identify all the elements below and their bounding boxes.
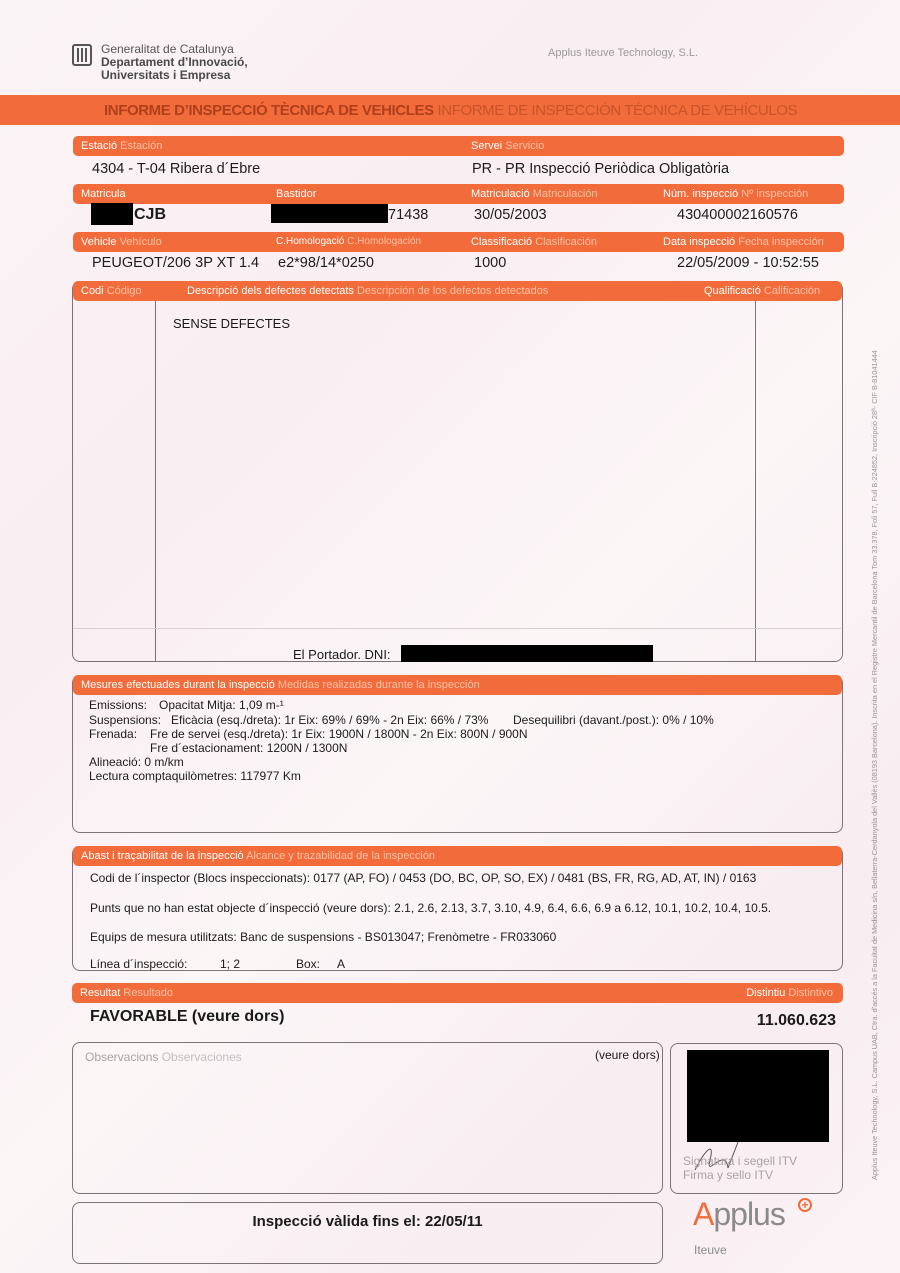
result-header: Resultat Resultado Distintiu Distintivo: [72, 983, 843, 1003]
defect-description: SENSE DEFECTES: [173, 316, 290, 331]
header-row-matricula: Matricula Bastidor Matriculació Matricul…: [73, 184, 844, 204]
applus-logo-text: pplus: [713, 1196, 785, 1232]
box-value: A: [337, 957, 345, 971]
alineacio-value: Alineació: 0 m/km: [89, 755, 184, 769]
scope-header: Abast i traçabilitat de la inspecció Alc…: [73, 846, 842, 866]
defects-box: [72, 281, 843, 662]
redacted-stamp: [687, 1050, 829, 1142]
estacio-label: Estació: [81, 140, 117, 152]
validity-text: Inspecció vàlida fins el: 22/05/11: [72, 1213, 663, 1230]
vehicle-value: PEUGEOT/206 3P XT 1.4: [92, 255, 259, 271]
title-ca: INFORME D’INSPECCIÓ TÈCNICA DE VEHICLES: [104, 102, 434, 119]
signature-line-1: Signatura i segell ITV: [683, 1154, 797, 1168]
bastidor-label: Bastidor: [276, 184, 316, 204]
homologacio-label-es: C.Homologación: [347, 236, 421, 247]
measures-header: Mesures efectuades durant la inspecció M…: [73, 675, 842, 695]
inspector-codes: Codi de l´inspector (Blocs inspeccionats…: [90, 871, 756, 885]
homologacio-value: e2*98/14*0250: [278, 255, 374, 271]
observations-label-es: Observaciones: [162, 1050, 242, 1064]
codi-label: Codi: [81, 285, 104, 297]
org-line-3: Universitats i Empresa: [101, 69, 248, 82]
vehicle-label: Vehicle: [81, 236, 116, 248]
matriculacio-value: 30/05/2003: [474, 207, 547, 223]
distintiu-label-es: Distintivo: [788, 987, 833, 999]
bastidor-value: 71438: [388, 207, 428, 223]
data-inspeccio-label: Data inspecció: [663, 236, 735, 248]
matricula-label: Matricula: [81, 184, 126, 204]
num-inspeccio-label-es: Nº inspección: [741, 188, 808, 200]
signature-label: Signatura i segell ITV Firma y sello ITV: [683, 1154, 797, 1182]
brand-sub: Iteuve: [694, 1243, 727, 1257]
suspensions-value: Eficàcia (esq./dreta): 1r Eix: 69% / 69%…: [171, 713, 488, 727]
header-row-estacio: Estació Estación Servei Servicio: [73, 136, 844, 156]
observations-label-ca: Observacions: [85, 1050, 158, 1064]
num-inspeccio-label: Núm. inspecció: [663, 188, 738, 200]
org-block: Generalitat de Catalunya Departament d’I…: [101, 43, 248, 82]
result-label-es: Resultado: [123, 987, 173, 999]
data-inspeccio-value: 22/05/2009 - 10:52:55: [677, 255, 819, 271]
matriculacio-label-es: Matriculación: [533, 188, 598, 200]
vehicle-label-es: Vehículo: [120, 236, 162, 248]
data-inspeccio-label-es: Fecha inspección: [738, 236, 824, 248]
applus-logo: Applus: [693, 1196, 785, 1233]
estacionament-value: Fre d´estacionament: 1200N / 1300N: [150, 741, 347, 755]
qual-label-es: Calificación: [764, 285, 820, 297]
defects-col-divider-1: [155, 301, 156, 661]
result-label: Resultat: [80, 987, 120, 999]
observations-note: (veure dors): [595, 1048, 660, 1062]
comptaquilometres-value: Lectura comptaquilòmetres: 117977 Km: [89, 769, 301, 783]
signature-line-2: Firma y sello ITV: [683, 1168, 797, 1182]
matricula-value: CJB: [134, 206, 166, 224]
num-inspeccio-value: 430400002160576: [677, 207, 798, 223]
desc-label: Descripció dels defectes detectats: [187, 285, 354, 297]
distintiu-value: 11.060.623: [757, 1012, 836, 1030]
linea-value: 1; 2: [220, 957, 240, 971]
estacio-value: 4304 - T-04 Ribera d´Ebre: [92, 161, 260, 177]
classificacio-value: 1000: [474, 255, 506, 271]
generalitat-logo-icon: [72, 44, 92, 66]
defects-col-divider-2: [755, 301, 756, 661]
title-bar: INFORME D’INSPECCIÓ TÈCNICA DE VEHICLES …: [0, 95, 900, 125]
distintiu-label: Distintiu: [746, 987, 785, 999]
title-es: INFORME DE INSPECCIÓN TÉCNICA DE VEHÍCUL…: [438, 102, 798, 119]
desc-label-es: Descripción de los defectos detectados: [357, 285, 548, 297]
classificacio-label-es: Clasificación: [535, 236, 597, 248]
frenada-value: Fre de servei (esq./dreta): 1r Eix: 1900…: [150, 727, 528, 741]
frenada-label: Frenada:: [89, 727, 137, 741]
estacio-label-es: Estación: [120, 140, 162, 152]
observations-box: [72, 1042, 663, 1194]
qual-label: Qualificació: [704, 285, 761, 297]
desequilibri-value: Desequilibri (davant./post.): 0% / 10%: [513, 713, 714, 727]
codi-label-es: Código: [107, 285, 142, 297]
portador-label: El Portador. DNI:: [293, 647, 391, 662]
validity-box: [72, 1202, 663, 1264]
measurement-equipment: Equips de mesura utilitzats: Banc de sus…: [90, 930, 556, 944]
measures-title: Mesures efectuades durant la inspecció: [81, 679, 275, 691]
servei-value: PR - PR Inspecció Periòdica Obligatòria: [472, 161, 729, 177]
company-name: Applus Iteuve Technology, S.L.: [548, 47, 698, 59]
linea-label: Línea d´inspecció:: [90, 957, 187, 971]
redacted-plate: [91, 203, 133, 225]
matriculacio-label: Matriculació: [471, 188, 530, 200]
scope-title-es: Alcance y trazabilidad de la inspección: [246, 850, 435, 862]
servei-label: Servei: [471, 140, 502, 152]
result-value: FAVORABLE (veure dors): [90, 1008, 284, 1026]
emissions-value: Opacitat Mitja: 1,09 m-¹: [159, 698, 284, 712]
header-row-vehicle: Vehicle Vehículo C.Homologació C.Homolog…: [73, 232, 844, 252]
observations-label: Observacions Observaciones: [85, 1050, 242, 1064]
box-label: Box:: [296, 957, 320, 971]
redacted-vin: [271, 204, 388, 223]
scope-title: Abast i traçabilitat de la inspecció: [81, 850, 244, 862]
plus-circle-icon: +: [798, 1198, 812, 1212]
redacted-dni: [401, 645, 653, 662]
defects-header: Codi Código Descripció dels defectes det…: [73, 281, 842, 301]
paper-fold: [73, 628, 841, 629]
uninspected-points: Punts que no han estat objecte d´inspecc…: [90, 901, 771, 915]
homologacio-label: C.Homologació: [276, 236, 344, 247]
servei-label-es: Servicio: [505, 140, 544, 152]
emissions-label: Emissions:: [89, 698, 147, 712]
classificacio-label: Classificació: [471, 236, 532, 248]
measures-title-es: Medidas realizadas durante la inspección: [278, 679, 480, 691]
legal-side-text: Applus Iteuve Technology, S.L. Campus UA…: [870, 130, 879, 1180]
suspensions-label: Suspensions:: [89, 713, 161, 727]
